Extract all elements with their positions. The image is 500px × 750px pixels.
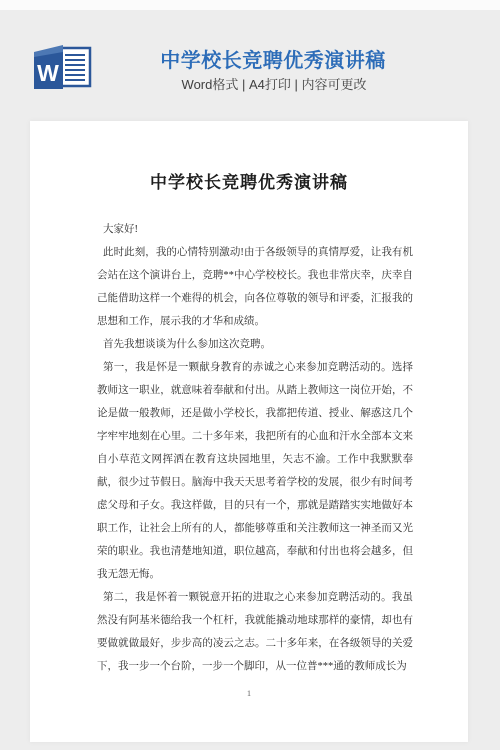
paragraph: 此时此刻，我的心情特别激动!由于各级领导的真情厚爱，让我有机会站在这个演讲台上，… [97, 241, 413, 333]
template-title: 中学校长竞聘优秀演讲稿 [160, 44, 386, 73]
paragraph: 首先我想谈谈为什么参加这次竞聘。 [97, 333, 413, 356]
top-strip [0, 0, 500, 10]
header: W 中学校长竞聘优秀演讲稿 Word格式 | A4打印 | 内容可更改 [0, 10, 500, 121]
paragraph: 第二，我是怀着一颗锐意开拓的进取之心来参加竞聘活动的。我虽然没有阿基米德给我一个… [97, 586, 413, 678]
document-title: 中学校长竞聘优秀演讲稿 [30, 170, 468, 196]
template-meta: Word格式 | A4打印 | 内容可更改 [182, 74, 367, 93]
document-body: 大家好! 此时此刻，我的心情特别激动!由于各级领导的真情厚爱，让我有机会站在这个… [97, 218, 413, 678]
document-page[interactable]: 中学校长竞聘优秀演讲稿 大家好! 此时此刻，我的心情特别激动!由于各级领导的真情… [30, 121, 468, 742]
page-number: 1 [30, 688, 468, 698]
word-icon: W [30, 39, 92, 91]
paragraph: 大家好! [97, 218, 413, 241]
paragraph: 第一，我是怀是一颗献身教育的赤诚之心来参加竞聘活动的。选择教师这一职业，就意味着… [97, 356, 413, 586]
svg-text:W: W [37, 60, 59, 86]
